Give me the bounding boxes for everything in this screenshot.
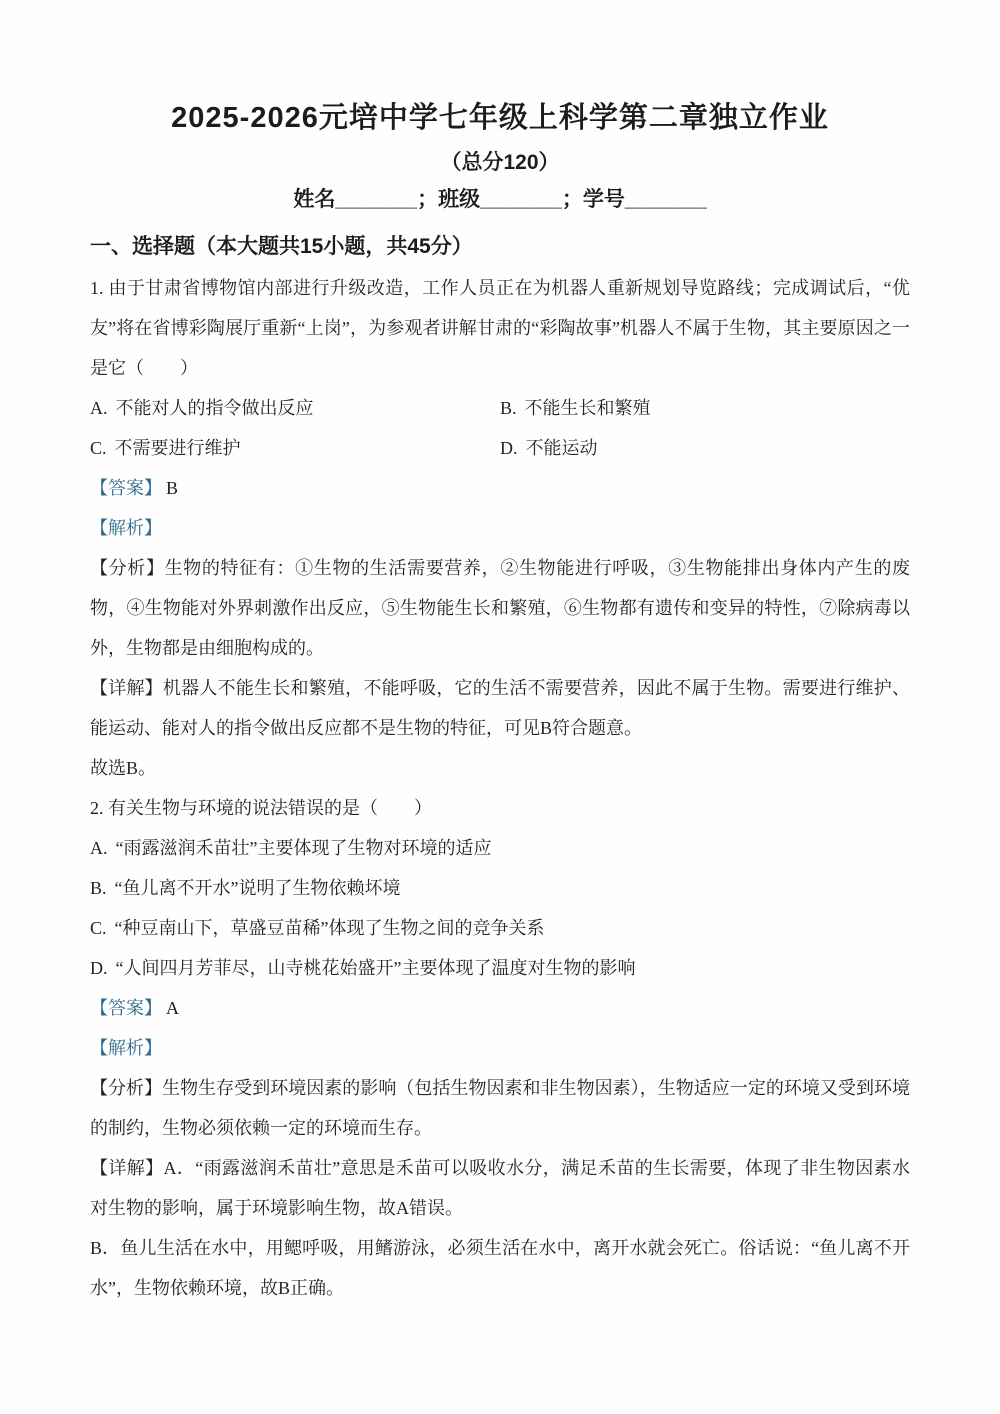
option-d-label: D. bbox=[500, 438, 518, 458]
exam-paper-page: 2025-2026元培中学七年级上科学第二章独立作业 （总分120） 姓名___… bbox=[0, 0, 1000, 1414]
option-a-text: “雨露滋润禾苗壮”主要体现了生物对环境的适应 bbox=[116, 838, 492, 858]
option-c-label: C. bbox=[90, 918, 107, 938]
option-a: A.不能对人的指令做出反应 bbox=[90, 388, 500, 428]
question-1-options: A.不能对人的指令做出反应 B.不能生长和繁殖 C.不需要进行维护 D.不能运动 bbox=[90, 388, 910, 468]
option-b-text: “鱼儿离不开水”说明了生物依赖坏境 bbox=[115, 878, 401, 898]
question-2-options: A.“雨露滋润禾苗壮”主要体现了生物对环境的适应 B.“鱼儿离不开水”说明了生物… bbox=[90, 828, 910, 988]
section-heading-choice-questions: 一、选择题（本大题共15小题，共45分） bbox=[90, 226, 910, 268]
option-b-label: B. bbox=[90, 878, 107, 898]
answer-label: 【答案】 bbox=[90, 478, 162, 498]
question-block-1: 1. 由于甘肃省博物馆内部进行升级改造，工作人员正在为机器人重新规划导览路线；完… bbox=[90, 268, 910, 788]
question-2-stem: 2. 有关生物与环境的说法错误的是（ ） bbox=[90, 788, 910, 828]
question-2-detail-paragraph-b: B．鱼儿生活在水中，用鳃呼吸，用鳍游泳，必须生活在水中，离开水就会死亡。俗话说：… bbox=[90, 1228, 910, 1308]
option-a-label: A. bbox=[90, 838, 108, 858]
option-b: B.不能生长和繁殖 bbox=[500, 388, 910, 428]
option-c-text: “种豆南山下，草盛豆苗稀”体现了生物之间的竞争关系 bbox=[115, 918, 545, 938]
question-1-conclusion: 故选B。 bbox=[90, 748, 910, 788]
option-d: D.“人间四月芳菲尽，山寺桃花始盛开”主要体现了温度对生物的影响 bbox=[90, 948, 910, 988]
question-block-2: 2. 有关生物与环境的说法错误的是（ ） A.“雨露滋润禾苗壮”主要体现了生物对… bbox=[90, 788, 910, 1308]
question-2-analysis-label-row: 【解析】 bbox=[90, 1028, 910, 1068]
name-class-id-blanks: 姓名_______；班级_______；学号_______ bbox=[90, 180, 910, 220]
question-1-analysis-paragraph: 【分析】生物的特征有：①生物的生活需要营养，②生物能进行呼吸，③生物能排出身体内… bbox=[90, 548, 910, 668]
option-c: C.“种豆南山下，草盛豆苗稀”体现了生物之间的竞争关系 bbox=[90, 908, 910, 948]
analysis-label: 【解析】 bbox=[90, 518, 162, 538]
analysis-label: 【解析】 bbox=[90, 1038, 162, 1058]
option-c: C.不需要进行维护 bbox=[90, 428, 500, 468]
answer-label: 【答案】 bbox=[90, 998, 162, 1018]
option-a: A.“雨露滋润禾苗壮”主要体现了生物对环境的适应 bbox=[90, 828, 910, 868]
option-d-text: 不能运动 bbox=[526, 438, 598, 458]
question-2-answer-row: 【答案】A bbox=[90, 988, 910, 1028]
question-1-detail-paragraph: 【详解】机器人不能生长和繁殖，不能呼吸，它的生活不需要营养，因此不属于生物。需要… bbox=[90, 668, 910, 748]
option-a-label: A. bbox=[90, 398, 108, 418]
question-2-analysis-paragraph: 【分析】生物生存受到环境因素的影响（包括生物因素和非生物因素），生物适应一定的环… bbox=[90, 1068, 910, 1148]
question-1-answer-row: 【答案】B bbox=[90, 468, 910, 508]
question-1-analysis-label-row: 【解析】 bbox=[90, 508, 910, 548]
option-d-label: D. bbox=[90, 958, 108, 978]
option-d-text: “人间四月芳菲尽，山寺桃花始盛开”主要体现了温度对生物的影响 bbox=[116, 958, 636, 978]
page-title: 2025-2026元培中学七年级上科学第二章独立作业 bbox=[90, 100, 910, 136]
option-b: B.“鱼儿离不开水”说明了生物依赖坏境 bbox=[90, 868, 910, 908]
question-1-answer: B bbox=[166, 478, 178, 498]
question-2-detail-paragraph-a: 【详解】A．“雨露滋润禾苗壮”意思是禾苗可以吸收水分，满足禾苗的生长需要，体现了… bbox=[90, 1148, 910, 1228]
option-c-label: C. bbox=[90, 438, 107, 458]
total-score-subtitle: （总分120） bbox=[90, 146, 910, 180]
option-b-label: B. bbox=[500, 398, 517, 418]
option-d: D.不能运动 bbox=[500, 428, 910, 468]
option-b-text: 不能生长和繁殖 bbox=[525, 398, 651, 418]
option-a-text: 不能对人的指令做出反应 bbox=[116, 398, 314, 418]
question-1-stem: 1. 由于甘肃省博物馆内部进行升级改造，工作人员正在为机器人重新规划导览路线；完… bbox=[90, 268, 910, 388]
question-2-answer: A bbox=[166, 998, 179, 1018]
option-c-text: 不需要进行维护 bbox=[115, 438, 241, 458]
